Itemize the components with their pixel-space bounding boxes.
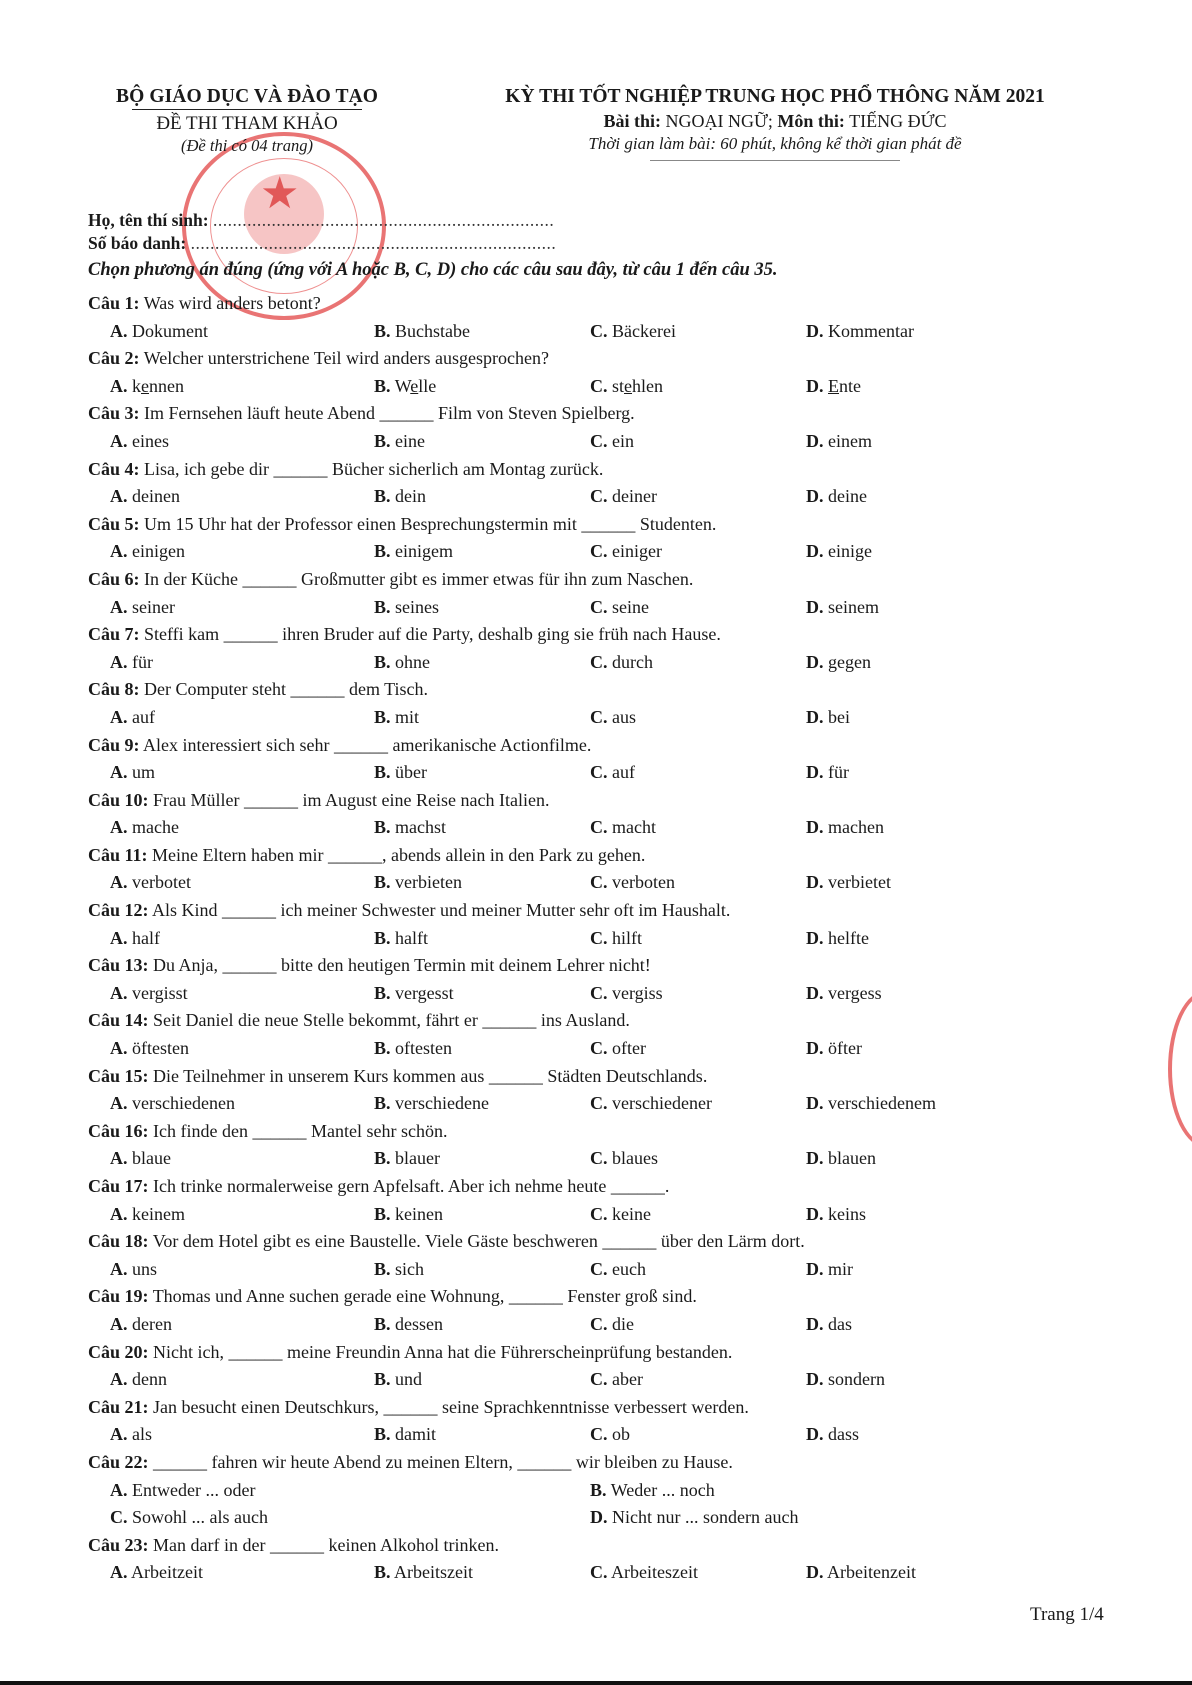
answer-option-b[interactable]: B. Arbeitszeit — [374, 1559, 473, 1587]
answer-option-d[interactable]: D. blauen — [806, 1145, 876, 1173]
answer-option-b[interactable]: B. Weder ... noch — [590, 1477, 715, 1505]
answer-option-d[interactable]: D. öfter — [806, 1035, 862, 1063]
option-text: Arbeitenzeit — [827, 1562, 916, 1582]
answer-option-a[interactable]: A. als — [110, 1421, 152, 1449]
option-text: ein — [612, 431, 634, 451]
option-text: oftesten — [395, 1038, 452, 1058]
answer-option-b[interactable]: B. Welle — [374, 373, 436, 401]
answer-option-d[interactable]: D. gegen — [806, 649, 871, 677]
answer-row: A. keinemB. keinenC. keineD. keins — [88, 1201, 1088, 1229]
answer-option-a[interactable]: A. denn — [110, 1366, 167, 1394]
option-text-part: nte — [839, 376, 861, 396]
subject-value: NGOẠI NGỮ; — [665, 111, 772, 131]
option-letter: D. — [806, 1259, 824, 1279]
answer-option-c[interactable]: C. auf — [590, 759, 635, 787]
option-text: hilft — [612, 928, 642, 948]
option-letter: D. — [590, 1507, 608, 1527]
question-stem: Câu 14: Seit Daniel die neue Stelle beko… — [88, 1007, 1088, 1035]
option-text: blauen — [828, 1148, 876, 1168]
option-text: denn — [132, 1369, 167, 1389]
subject-label: Bài thi: — [603, 111, 661, 131]
option-text-part: W — [395, 376, 411, 396]
candidate-name-label: Họ, tên thí sinh: — [88, 210, 209, 230]
candidate-name-row: Họ, tên thí sinh: ......................… — [88, 209, 556, 232]
answer-row: A. einigenB. einigemC. einigerD. einige — [88, 538, 1088, 566]
option-letter: B. — [374, 1369, 391, 1389]
option-text: um — [132, 762, 155, 782]
option-text-part: k — [132, 376, 141, 396]
answer-option-b[interactable]: B. dessen — [374, 1311, 443, 1339]
option-text: seinem — [828, 597, 879, 617]
answer-option-b[interactable]: B. keinen — [374, 1201, 443, 1229]
answer-option-a[interactable]: A. öftesten — [110, 1035, 189, 1063]
question-stem: Câu 5: Um 15 Uhr hat der Professor einen… — [88, 511, 1088, 539]
exam-title: KỲ THI TỐT NGHIỆP TRUNG HỌC PHỔ THÔNG NĂ… — [445, 86, 1105, 108]
candidate-info: Họ, tên thí sinh: ......................… — [88, 209, 556, 255]
answer-row: A. derenB. dessenC. dieD. das — [88, 1311, 1088, 1339]
question-item: Câu 22: ______ fahren wir heute Abend zu… — [88, 1449, 1088, 1532]
answer-option-a[interactable]: A. um — [110, 759, 155, 787]
answer-option-d[interactable]: D. seinem — [806, 594, 879, 622]
answer-option-b[interactable]: B. mit — [374, 704, 419, 732]
option-text: für — [828, 762, 849, 782]
option-text: dass — [828, 1424, 859, 1444]
answer-option-c[interactable]: C. vergiss — [590, 980, 663, 1008]
answer-option-d[interactable]: D. keins — [806, 1201, 866, 1229]
question-text: Als Kind ______ ich meiner Schwester und… — [149, 900, 731, 920]
exam-type: ĐỀ THI THAM KHẢO — [88, 113, 406, 135]
question-number: Câu 14: — [88, 1010, 149, 1030]
question-number: Câu 18: — [88, 1231, 149, 1251]
option-text: machen — [828, 817, 884, 837]
option-letter: A. — [110, 1038, 128, 1058]
header-right: KỲ THI TỐT NGHIỆP TRUNG HỌC PHỔ THÔNG NĂ… — [445, 86, 1105, 161]
underlined-letter: e — [141, 376, 149, 396]
header-right-divider — [650, 160, 900, 161]
answer-option-c[interactable]: C. die — [590, 1311, 634, 1339]
answer-option-c[interactable]: C. keine — [590, 1201, 651, 1229]
option-text: einem — [828, 431, 872, 451]
answer-option-a[interactable]: A. für — [110, 649, 153, 677]
option-letter: A. — [110, 1259, 128, 1279]
answer-option-b[interactable]: B. Buchstabe — [374, 318, 470, 346]
answer-option-a[interactable]: A. half — [110, 925, 160, 953]
option-letter: C. — [590, 1424, 608, 1444]
question-text: Alex interessiert sich sehr ______ ameri… — [140, 735, 592, 755]
question-item: Câu 20: Nicht ich, ______ meine Freundin… — [88, 1339, 1088, 1394]
answer-option-a[interactable]: A. mache — [110, 814, 179, 842]
option-letter: C. — [590, 1369, 608, 1389]
answer-row: A. Entweder ... oderB. Weder ... noch — [88, 1477, 1088, 1505]
option-letter: C. — [590, 817, 608, 837]
option-letter: D. — [806, 1148, 824, 1168]
answer-option-d[interactable]: D. dass — [806, 1421, 859, 1449]
option-letter: B. — [374, 1204, 391, 1224]
option-letter: A. — [110, 1480, 128, 1500]
answer-option-c[interactable]: C. verschiedener — [590, 1090, 712, 1118]
question-item: Câu 17: Ich trinke normalerweise gern Ap… — [88, 1173, 1088, 1228]
option-letter: B. — [374, 1314, 391, 1334]
option-text: deinen — [132, 486, 180, 506]
answer-row: A. unsB. sichC. euchD. mir — [88, 1256, 1088, 1284]
question-stem: Câu 16: Ich finde den ______ Mantel sehr… — [88, 1118, 1088, 1146]
bottom-border — [0, 1681, 1192, 1685]
question-stem: Câu 8: Der Computer steht ______ dem Tis… — [88, 676, 1088, 704]
answer-option-c[interactable]: C. euch — [590, 1256, 646, 1284]
option-letter: D. — [806, 817, 824, 837]
question-stem: Câu 15: Die Teilnehmer in unserem Kurs k… — [88, 1063, 1088, 1091]
option-letter: B. — [374, 486, 391, 506]
answer-option-b[interactable]: B. eine — [374, 428, 425, 456]
option-text: blauer — [395, 1148, 440, 1168]
question-number: Câu 15: — [88, 1066, 149, 1086]
option-text: als — [132, 1424, 152, 1444]
option-letter: C. — [590, 928, 608, 948]
option-letter: B. — [374, 1424, 391, 1444]
question-number: Câu 3: — [88, 403, 140, 423]
answer-option-b[interactable]: B. seines — [374, 594, 439, 622]
question-item: Câu 5: Um 15 Uhr hat der Professor einen… — [88, 511, 1088, 566]
answer-option-d[interactable]: D. mir — [806, 1256, 853, 1284]
option-text: deiner — [612, 486, 657, 506]
answer-option-c[interactable]: C. deiner — [590, 483, 657, 511]
option-letter: B. — [374, 928, 391, 948]
option-text: uns — [132, 1259, 157, 1279]
question-text: Lisa, ich gebe dir ______ Bücher sicherl… — [140, 459, 604, 479]
answer-option-d[interactable]: D. Kommentar — [806, 318, 914, 346]
option-letter: B. — [374, 321, 391, 341]
answer-option-d[interactable]: D. einige — [806, 538, 872, 566]
option-letter: A. — [110, 983, 128, 1003]
candidate-id-field[interactable]: ........................................… — [191, 233, 557, 253]
answer-option-a[interactable]: A. deren — [110, 1311, 172, 1339]
option-text-part: st — [612, 376, 624, 396]
answer-option-a[interactable]: A. auf — [110, 704, 155, 732]
option-letter: A. — [110, 1369, 128, 1389]
question-text: Thomas und Anne suchen gerade eine Wohnu… — [149, 1286, 697, 1306]
answer-option-d[interactable]: D. helfte — [806, 925, 869, 953]
answer-option-a[interactable]: A. eines — [110, 428, 169, 456]
question-item: Câu 11: Meine Eltern haben mir ______, a… — [88, 842, 1088, 897]
option-text: verschiedenem — [828, 1093, 936, 1113]
answer-option-b[interactable]: B. und — [374, 1366, 422, 1394]
answer-option-b[interactable]: B. über — [374, 759, 427, 787]
answer-option-b[interactable]: B. verschiedene — [374, 1090, 489, 1118]
option-text-part: nnen — [149, 376, 184, 396]
answer-option-d[interactable]: D. verbietet — [806, 869, 891, 897]
answer-row: A. umB. überC. aufD. für — [88, 759, 1088, 787]
answer-option-c[interactable]: C. Bäckerei — [590, 318, 676, 346]
option-text: vergesst — [395, 983, 454, 1003]
answer-option-d[interactable]: D. das — [806, 1311, 852, 1339]
option-text: sich — [395, 1259, 424, 1279]
option-letter: B. — [374, 983, 391, 1003]
question-item: Câu 9: Alex interessiert sich sehr _____… — [88, 732, 1088, 787]
subject-value-2: TIẾNG ĐỨC — [849, 111, 946, 131]
option-text: Bäckerei — [612, 321, 676, 341]
option-letter: A. — [110, 1424, 128, 1444]
option-text: öftesten — [132, 1038, 189, 1058]
question-item: Câu 16: Ich finde den ______ Mantel sehr… — [88, 1118, 1088, 1173]
option-text: über — [395, 762, 427, 782]
question-stem: Câu 13: Du Anja, ______ bitte den heutig… — [88, 952, 1088, 980]
option-letter: D. — [806, 1369, 824, 1389]
question-item: Câu 8: Der Computer steht ______ dem Tis… — [88, 676, 1088, 731]
option-text: Arbeitszeit — [394, 1562, 473, 1582]
question-text: Steffi kam ______ ihren Bruder auf die P… — [140, 624, 721, 644]
option-letter: C. — [110, 1507, 128, 1527]
answer-row: A. ArbeitzeitB. ArbeitszeitC. Arbeitesze… — [88, 1559, 1088, 1587]
answer-option-a[interactable]: A. kennen — [110, 373, 184, 401]
option-letter: D. — [806, 376, 824, 396]
answer-option-b[interactable]: B. sich — [374, 1256, 424, 1284]
question-text: Seit Daniel die neue Stelle bekommt, fäh… — [149, 1010, 630, 1030]
option-text: auf — [132, 707, 155, 727]
option-text: blaues — [612, 1148, 658, 1168]
answer-option-b[interactable]: B. einigem — [374, 538, 453, 566]
instruction: Chọn phương án đúng (ứng với A hoặc B, C… — [88, 260, 778, 281]
answer-row: A. verschiedenenB. verschiedeneC. versch… — [88, 1090, 1088, 1118]
answer-option-a[interactable]: A. vergisst — [110, 980, 188, 1008]
option-text: Dokument — [132, 321, 208, 341]
answer-option-c[interactable]: C. verboten — [590, 869, 675, 897]
option-text: Buchstabe — [395, 321, 470, 341]
question-number: Câu 16: — [88, 1121, 149, 1141]
subject-label-2: Môn thi: — [777, 111, 845, 131]
question-text: Der Computer steht ______ dem Tisch. — [140, 679, 429, 699]
option-text: Weder ... noch — [611, 1480, 715, 1500]
option-text: keinen — [395, 1204, 443, 1224]
option-text: ohne — [395, 652, 430, 672]
answer-option-d[interactable]: D. machen — [806, 814, 884, 842]
answer-option-b[interactable]: B. machst — [374, 814, 446, 842]
question-text: Meine Eltern haben mir ______, abends al… — [148, 845, 646, 865]
option-letter: C. — [590, 376, 608, 396]
option-text: vergiss — [612, 983, 663, 1003]
option-text: mache — [132, 817, 179, 837]
answer-option-c[interactable]: C. hilft — [590, 925, 642, 953]
option-letter: C. — [590, 321, 608, 341]
option-letter: B. — [374, 817, 391, 837]
answer-row: A. einesB. eineC. einD. einem — [88, 428, 1088, 456]
option-letter: C. — [590, 541, 608, 561]
answer-option-a[interactable]: A. Dokument — [110, 318, 208, 346]
option-text-part: lle — [418, 376, 436, 396]
option-letter: C. — [590, 762, 608, 782]
option-letter: D. — [806, 541, 824, 561]
question-text: Man darf in der ______ keinen Alkohol tr… — [149, 1535, 499, 1555]
option-letter: C. — [590, 597, 608, 617]
candidate-name-field[interactable]: ........................................… — [213, 210, 554, 230]
answer-option-d[interactable]: D. verschiedenem — [806, 1090, 936, 1118]
option-letter: D. — [806, 597, 824, 617]
answer-option-b[interactable]: B. damit — [374, 1421, 436, 1449]
option-text: eine — [395, 431, 425, 451]
question-number: Câu 9: — [88, 735, 140, 755]
answer-option-b[interactable]: B. verbieten — [374, 869, 462, 897]
option-text: und — [395, 1369, 422, 1389]
option-letter: A. — [110, 817, 128, 837]
option-text: einigen — [132, 541, 185, 561]
option-letter: A. — [110, 431, 128, 451]
option-text: aber — [612, 1369, 643, 1389]
answer-option-d[interactable]: D. einem — [806, 428, 872, 456]
option-text: verschiedene — [395, 1093, 489, 1113]
option-text: Arbeitzeit — [131, 1562, 203, 1582]
answer-option-a[interactable]: A. keinem — [110, 1201, 185, 1229]
option-text: keinem — [132, 1204, 185, 1224]
question-stem: Câu 20: Nicht ich, ______ meine Freundin… — [88, 1339, 1088, 1367]
question-stem: Câu 3: Im Fernsehen läuft heute Abend __… — [88, 400, 1088, 428]
header-left: BỘ GIÁO DỤC VÀ ĐÀO TẠO ĐỀ THI THAM KHẢO … — [88, 86, 406, 156]
option-letter: B. — [374, 376, 391, 396]
option-letter: D. — [806, 707, 824, 727]
question-number: Câu 10: — [88, 790, 149, 810]
option-text: macht — [612, 817, 656, 837]
option-letter: C. — [590, 1259, 608, 1279]
answer-row: A. kennenB. WelleC. stehlenD. Ente — [88, 373, 1088, 401]
question-number: Câu 11: — [88, 845, 148, 865]
answer-option-d[interactable]: D. Arbeitenzeit — [806, 1559, 916, 1587]
answer-option-a[interactable]: A. blaue — [110, 1145, 171, 1173]
question-item: Câu 2: Welcher unterstrichene Teil wird … — [88, 345, 1088, 400]
answer-option-c[interactable]: C. stehlen — [590, 373, 663, 401]
answer-option-a[interactable]: A. Arbeitzeit — [110, 1559, 203, 1587]
option-text: durch — [612, 652, 653, 672]
answer-row: A. halfB. halftC. hilftD. helfte — [88, 925, 1088, 953]
answer-row: A. DokumentB. BuchstabeC. BäckereiD. Kom… — [88, 318, 1088, 346]
option-text: verschiedenen — [132, 1093, 235, 1113]
answer-option-c[interactable]: C. Sowohl ... als auch — [110, 1504, 268, 1532]
question-stem: Câu 11: Meine Eltern haben mir ______, a… — [88, 842, 1088, 870]
answer-option-a[interactable]: A. seiner — [110, 594, 175, 622]
question-number: Câu 19: — [88, 1286, 149, 1306]
answer-row: A. seinerB. seinesC. seineD. seinem — [88, 594, 1088, 622]
question-stem: Câu 19: Thomas und Anne suchen gerade ei… — [88, 1283, 1088, 1311]
question-stem: Câu 4: Lisa, ich gebe dir ______ Bücher … — [88, 456, 1088, 484]
answer-option-d[interactable]: D. sondern — [806, 1366, 885, 1394]
option-letter: A. — [110, 1314, 128, 1334]
answer-option-c[interactable]: C. macht — [590, 814, 656, 842]
question-text: Die Teilnehmer in unserem Kurs kommen au… — [149, 1066, 708, 1086]
option-letter: D. — [806, 652, 824, 672]
answer-option-c[interactable]: C. ob — [590, 1421, 630, 1449]
option-text: blaue — [132, 1148, 171, 1168]
answer-option-a[interactable]: A. verschiedenen — [110, 1090, 235, 1118]
question-stem: Câu 10: Frau Müller ______ im August ein… — [88, 787, 1088, 815]
answer-option-d[interactable]: D. Nicht nur ... sondern auch — [590, 1504, 798, 1532]
answer-option-d[interactable]: D. Ente — [806, 373, 861, 401]
option-letter: B. — [374, 541, 391, 561]
answer-option-c[interactable]: C. durch — [590, 649, 653, 677]
answer-option-c[interactable]: C. blaues — [590, 1145, 658, 1173]
answer-option-c[interactable]: C. aus — [590, 704, 636, 732]
answer-row: A. verbotetB. verbietenC. verbotenD. ver… — [88, 869, 1088, 897]
answer-option-b[interactable]: B. halft — [374, 925, 428, 953]
question-stem: Câu 17: Ich trinke normalerweise gern Ap… — [88, 1173, 1088, 1201]
answer-row: A. macheB. machstC. machtD. machen — [88, 814, 1088, 842]
answer-option-a[interactable]: A. deinen — [110, 483, 180, 511]
question-number: Câu 8: — [88, 679, 140, 699]
question-stem: Câu 9: Alex interessiert sich sehr _____… — [88, 732, 1088, 760]
answer-option-d[interactable]: D. bei — [806, 704, 850, 732]
answer-option-a[interactable]: A. verbotet — [110, 869, 191, 897]
option-letter: A. — [110, 1093, 128, 1113]
option-letter: C. — [590, 983, 608, 1003]
question-stem: Câu 23: Man darf in der ______ keinen Al… — [88, 1532, 1088, 1560]
option-letter: C. — [590, 1038, 608, 1058]
option-letter: A. — [110, 707, 128, 727]
answer-option-b[interactable]: B. oftesten — [374, 1035, 452, 1063]
option-letter: A. — [110, 928, 128, 948]
answer-option-c[interactable]: C. ofter — [590, 1035, 646, 1063]
option-text: einigem — [395, 541, 453, 561]
question-item: Câu 3: Im Fernsehen läuft heute Abend __… — [88, 400, 1088, 455]
option-letter: D. — [806, 1093, 824, 1113]
answer-option-b[interactable]: B. vergesst — [374, 980, 454, 1008]
question-stem: Câu 18: Vor dem Hotel gibt es eine Baust… — [88, 1228, 1088, 1256]
answer-option-c[interactable]: C. ein — [590, 428, 634, 456]
question-item: Câu 15: Die Teilnehmer in unserem Kurs k… — [88, 1063, 1088, 1118]
side-seal-stamp — [1168, 990, 1192, 1148]
answer-option-a[interactable]: A. Entweder ... oder — [110, 1477, 255, 1505]
answer-option-d[interactable]: D. vergess — [806, 980, 882, 1008]
option-letter: C. — [590, 1562, 608, 1582]
answer-option-c[interactable]: C. Arbeiteszeit — [590, 1559, 698, 1587]
answer-option-a[interactable]: A. einigen — [110, 538, 185, 566]
candidate-id-label: Số báo danh: — [88, 233, 186, 253]
option-letter: D. — [806, 762, 824, 782]
question-text: Frau Müller ______ im August eine Reise … — [149, 790, 550, 810]
question-text: Was wird anders betont? — [140, 293, 321, 313]
answer-option-c[interactable]: C. aber — [590, 1366, 643, 1394]
option-text: seine — [612, 597, 649, 617]
option-letter: B. — [374, 1093, 391, 1113]
answer-option-a[interactable]: A. uns — [110, 1256, 157, 1284]
answer-option-d[interactable]: D. für — [806, 759, 849, 787]
option-letter: A. — [110, 321, 128, 341]
question-text: ______ fahren wir heute Abend zu meinen … — [149, 1452, 733, 1472]
answer-option-b[interactable]: B. blauer — [374, 1145, 440, 1173]
option-text: half — [132, 928, 160, 948]
exam-subject: Bài thi: NGOẠI NGỮ; Môn thi: TIẾNG ĐỨC — [445, 111, 1105, 132]
option-text: bei — [828, 707, 850, 727]
answer-option-c[interactable]: C. seine — [590, 594, 649, 622]
answer-row: A. aufB. mitC. ausD. bei — [88, 704, 1088, 732]
option-text: damit — [395, 1424, 436, 1444]
answer-option-b[interactable]: B. dein — [374, 483, 426, 511]
option-text: verbotet — [132, 872, 191, 892]
question-stem: Câu 12: Als Kind ______ ich meiner Schwe… — [88, 897, 1088, 925]
question-number: Câu 7: — [88, 624, 140, 644]
answer-option-b[interactable]: B. ohne — [374, 649, 430, 677]
option-letter: A. — [110, 652, 128, 672]
question-item: Câu 4: Lisa, ich gebe dir ______ Bücher … — [88, 456, 1088, 511]
option-letter: C. — [590, 1204, 608, 1224]
answer-option-c[interactable]: C. einiger — [590, 538, 662, 566]
option-letter: D. — [806, 1562, 824, 1582]
answer-option-d[interactable]: D. deine — [806, 483, 867, 511]
option-text: Arbeiteszeit — [611, 1562, 698, 1582]
option-letter: D. — [806, 1038, 824, 1058]
answer-row: A. blaueB. blauerC. blauesD. blauen — [88, 1145, 1088, 1173]
option-text: sondern — [828, 1369, 885, 1389]
question-number: Câu 2: — [88, 348, 140, 368]
candidate-id-row: Số báo danh: ...........................… — [88, 232, 556, 255]
option-letter: A. — [110, 1148, 128, 1168]
option-text: deren — [132, 1314, 172, 1334]
question-number: Câu 17: — [88, 1176, 149, 1196]
